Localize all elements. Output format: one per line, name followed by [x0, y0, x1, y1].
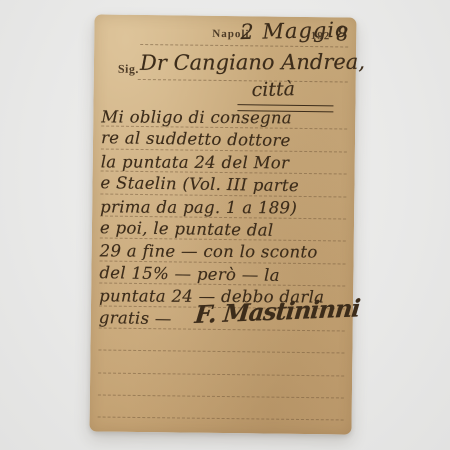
message-line: 29 a fine — con lo sconto — [100, 239, 346, 264]
message-body: Mi obligo di consegna re al suddetto dot… — [98, 105, 348, 421]
message-line-text: re al suddetto dottore — [101, 126, 347, 153]
postcard: Napoli 2 Maggio 192 8 Sig. Dr Cangiano A… — [89, 14, 356, 434]
message-line-text: 29 a fine — con lo sconto — [100, 240, 346, 264]
header-rule-line — [140, 44, 348, 48]
message-line-text: e Staelin (Vol. III parte — [100, 171, 346, 198]
postcard-header: Napoli 2 Maggio 192 8 — [94, 14, 356, 51]
addressee-name: Dr Cangiano Andrea, — [140, 50, 365, 75]
addressee-rule-line — [138, 79, 348, 83]
message-line: prima da pag. 1 a 189) — [100, 194, 346, 219]
salutation-label: Sig. — [118, 62, 139, 77]
year-printed-label: 192 — [311, 30, 331, 42]
blank-rule-line — [98, 373, 344, 398]
blank-rule-line — [98, 351, 344, 376]
photo-backdrop: Napoli 2 Maggio 192 8 Sig. Dr Cangiano A… — [0, 0, 450, 450]
message-line: e Staelin (Vol. III parte — [100, 172, 346, 197]
blank-rule-line — [98, 396, 344, 421]
message-line: del 15% — però — la — [99, 261, 345, 286]
addressee-row: Sig. Dr Cangiano Andrea, — [94, 52, 356, 83]
year-digit-handwritten: 8 — [336, 23, 348, 45]
message-line: e poi, le puntate dal — [100, 216, 346, 241]
message-line: re al suddetto dottore — [101, 127, 347, 152]
date-handwritten: 2 Maggio — [240, 18, 349, 44]
place-label: città — [251, 78, 295, 101]
message-line-text: prima da pag. 1 a 189) — [100, 195, 346, 219]
